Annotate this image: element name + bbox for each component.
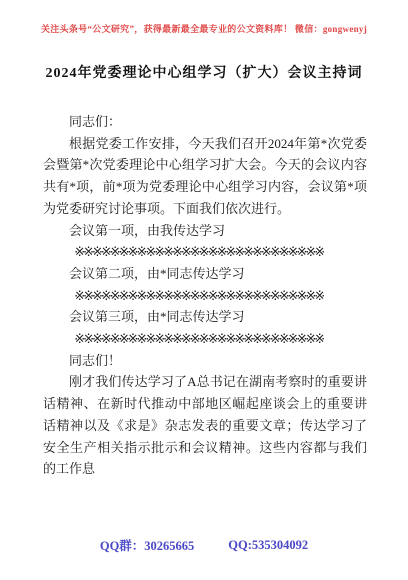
document-page: 关注头条号“公文研究”，获得最新最全最专业的公文资料库！ 微信：gongweny…: [0, 0, 408, 580]
promo-banner: 关注头条号“公文研究”，获得最新最全最专业的公文资料库！ 微信：gongweny…: [0, 22, 408, 35]
redacted-asterisk-row: ※※※※※※※※※※※※※※※※※※※※※※※※※※※※: [43, 285, 367, 307]
redacted-asterisk-row: ※※※※※※※※※※※※※※※※※※※※※※※※※※※※: [43, 241, 367, 263]
agenda-item-3: 会议第三项，由*同志传达学习: [43, 306, 367, 328]
qq-group-number: QQ群：30265665: [100, 536, 194, 554]
qq-number: QQ:535304092: [228, 538, 308, 553]
document-body: 同志们： 根据党委工作安排，今天我们召开2024年第*次党委会暨第*次党委理论中…: [43, 111, 367, 529]
redacted-asterisk-row: ※※※※※※※※※※※※※※※※※※※※※※※※※※※※: [43, 328, 367, 350]
salutation-line: 同志们：: [43, 111, 367, 133]
intro-paragraph: 根据党委工作安排，今天我们召开2024年第*次党委会暨第*次党委理论中心组学习扩…: [43, 133, 367, 220]
summary-paragraph: 刚才我们传达学习了A总书记在湖南考察时的重要讲话精神、在新时代推动中部地区崛起座…: [43, 371, 367, 480]
salutation-line-2: 同志们！: [43, 350, 367, 372]
page-title: 2024年党委理论中心组学习（扩大）会议主持词: [0, 62, 408, 82]
agenda-item-2: 会议第二项，由*同志传达学习: [43, 263, 367, 285]
agenda-item-1: 会议第一项，由我传达学习: [43, 220, 367, 242]
footer-contact: QQ群：30265665 QQ:535304092: [0, 533, 408, 557]
